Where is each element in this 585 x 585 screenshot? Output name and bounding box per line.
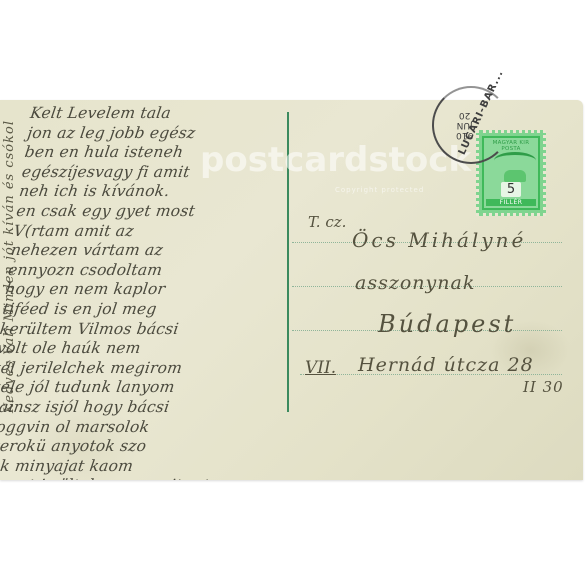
stamp-value: 5 bbox=[501, 182, 521, 197]
message-line: es ceet is öltelom szor sitwrt bbox=[0, 476, 279, 480]
message-line: hogy en nem kaplor bbox=[4, 280, 307, 300]
message-line: V(rtam amit az bbox=[12, 222, 315, 242]
message-line: kerültem Vilmos bácsi bbox=[0, 320, 301, 340]
message-line: en csak egy gyet most bbox=[15, 202, 318, 222]
crown-icon bbox=[504, 170, 526, 182]
watermark-subtitle: Copyright protected bbox=[335, 186, 424, 194]
message-line: vele jól tudunk lanyom bbox=[0, 378, 293, 398]
address-salutation: T. cz. bbox=[308, 213, 346, 231]
turul-bird-icon bbox=[494, 152, 536, 169]
stamp-currency: FILLÉR bbox=[486, 199, 536, 206]
recipient-title: asszonynak bbox=[355, 272, 475, 294]
message-line: hoggvin ol marsolok bbox=[0, 418, 287, 438]
recipient-apartment: II 30 bbox=[523, 378, 564, 396]
message-line: dok minyajat kaom bbox=[0, 457, 282, 477]
message-line: szerokü anyotok szo bbox=[0, 437, 285, 457]
message-line: ennyozn csodoltam bbox=[7, 261, 310, 281]
recipient-district: VII. bbox=[305, 358, 336, 378]
message-line: tiféed is en jol meg bbox=[1, 300, 304, 320]
recipient-city: Búdapest bbox=[378, 310, 516, 338]
watermark: postcardstock bbox=[200, 140, 471, 180]
message-line: volt ole haúk nem bbox=[0, 339, 298, 359]
message-line: bainsz isjól hogy bácsi bbox=[0, 398, 290, 418]
postmark: LUCARI-BAR... 910 JUN 20 bbox=[432, 86, 510, 164]
message-line: tél jerilelchek megirom bbox=[0, 359, 296, 379]
recipient-name: Öcs Mihályné bbox=[352, 228, 526, 252]
postmark-date: 910 JUN 20 bbox=[456, 110, 473, 140]
message-line: neh ich is kívánok. bbox=[18, 182, 321, 202]
message-line: nehezen vártam az bbox=[10, 241, 313, 261]
recipient-street: Hernád útcza 28 bbox=[358, 354, 534, 376]
